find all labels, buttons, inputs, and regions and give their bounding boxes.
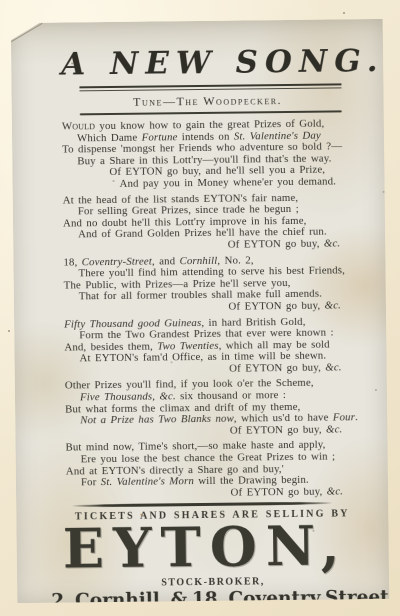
stanza-4: Fifty Thousand good Guineas, in hard Bri… — [64, 316, 357, 377]
tune-rule — [80, 110, 342, 115]
background-speck — [343, 12, 345, 14]
address-line: 2, Cornhill, & 18, Coventry Street. — [51, 587, 359, 611]
broadside-paper: A NEW SONG. Tune—The Woodpecker. Would y… — [11, 19, 390, 603]
stanza-5: Other Prizes you'll find, if you look o'… — [65, 378, 358, 439]
scanned-broadside-scene: A NEW SONG. Tune—The Woodpecker. Would y… — [0, 0, 400, 616]
footer-rule — [72, 502, 332, 507]
title-double-rule — [79, 83, 341, 91]
song-verses: Would you know how to gain the great Pri… — [62, 118, 358, 501]
stanza-2: At the head of the list stands EYTON's f… — [63, 192, 356, 253]
stanza-6: But mind now, Time's short,—so make hast… — [65, 440, 358, 501]
eyton-name: EYTON, — [52, 519, 359, 574]
background-speck — [8, 330, 10, 332]
page-title: A NEW SONG. — [61, 43, 353, 82]
stanza-3: 18, Coventry-Street, and Cornhill, No. 2… — [63, 254, 356, 315]
stanza-1: Would you know how to gain the great Pri… — [62, 118, 355, 191]
refrain-line: And pay you in Money whene'er you demand… — [119, 176, 354, 190]
printed-content: A NEW SONG. Tune—The Woodpecker. Would y… — [11, 19, 390, 603]
tune-line: Tune—The Woodpecker. — [62, 92, 354, 110]
